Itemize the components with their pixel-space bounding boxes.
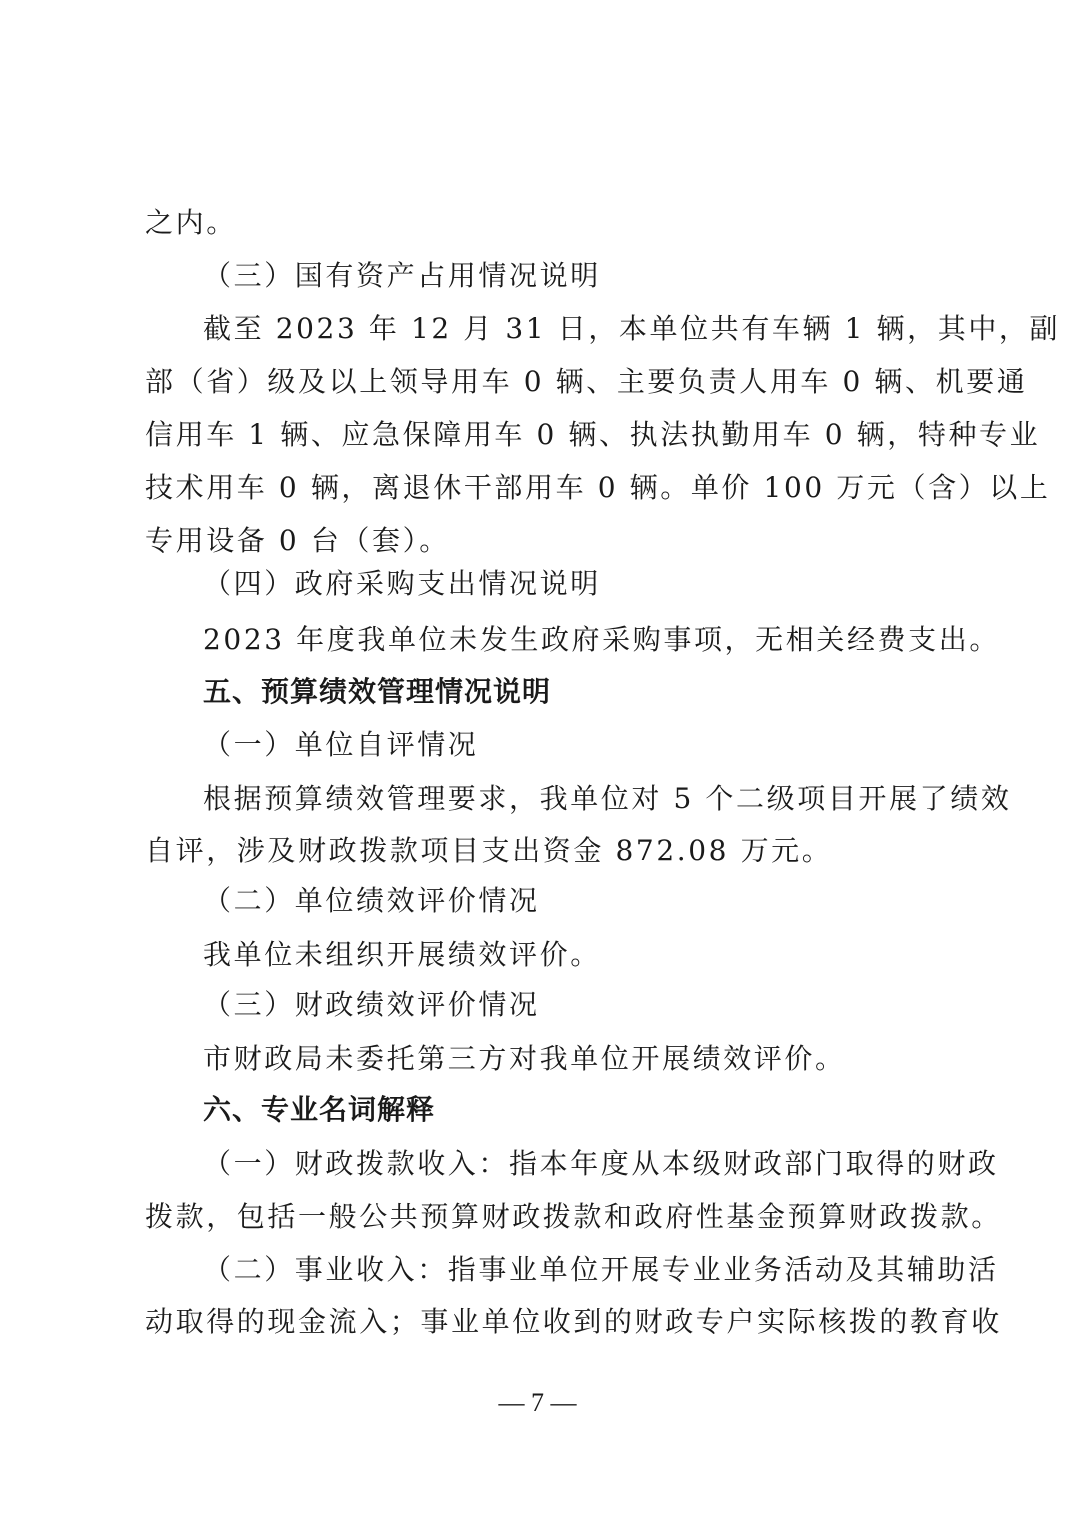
body-text-line: 技术用车 0 辆，离退休干部用车 0 辆。单价 100 万元（含）以上 [145, 468, 940, 508]
body-text-line: 动取得的现金流入；事业单位收到的财政专户实际核拨的教育收 [145, 1302, 940, 1342]
heading-performance-management: 五、预算绩效管理情况说明 [203, 672, 1003, 712]
page-number: — 7 — [0, 1383, 1075, 1423]
heading-terminology: 六、专业名词解释 [203, 1090, 1003, 1130]
body-text-line: 截至 2023 年 12 月 31 日，本单位共有车辆 1 辆，其中，副 [203, 309, 943, 349]
body-text-line: 信用车 1 辆、应急保障用车 0 辆、执法执勤用车 0 辆，特种专业 [145, 415, 940, 455]
subheading-state-assets: （三）国有资产占用情况说明 [203, 256, 1003, 296]
subheading-unit-evaluation: （二）单位绩效评价情况 [203, 881, 1003, 921]
body-text-line: 拨款，包括一般公共预算财政拨款和政府性基金预算财政拨款。 [145, 1197, 940, 1237]
body-text-line: 市财政局未委托第三方对我单位开展绩效评价。 [203, 1039, 1003, 1079]
body-text-line: 之内。 [145, 203, 945, 243]
body-text-line: 自评，涉及财政拨款项目支出资金 872.08 万元。 [145, 831, 945, 871]
body-text-line: 根据预算绩效管理要求，我单位对 5 个二级项目开展了绩效 [203, 779, 943, 819]
body-text-line: 部（省）级及以上领导用车 0 辆、主要负责人用车 0 辆、机要通 [145, 362, 940, 402]
body-text-line: （二）事业收入：指事业单位开展专业业务活动及其辅助活 [203, 1250, 943, 1290]
body-text-line: 我单位未组织开展绩效评价。 [203, 935, 1003, 975]
subheading-fiscal-evaluation: （三）财政绩效评价情况 [203, 985, 1003, 1025]
body-text-line: （一）财政拨款收入：指本年度从本级财政部门取得的财政 [203, 1144, 943, 1184]
subheading-self-evaluation: （一）单位自评情况 [203, 725, 1003, 765]
body-text-line: 专用设备 0 台（套）。 [145, 521, 945, 561]
document-page: 之内。 （三）国有资产占用情况说明 截至 2023 年 12 月 31 日，本单… [0, 0, 1075, 1520]
body-text-line: 2023 年度我单位未发生政府采购事项，无相关经费支出。 [203, 620, 1003, 660]
subheading-procurement: （四）政府采购支出情况说明 [203, 564, 1003, 604]
